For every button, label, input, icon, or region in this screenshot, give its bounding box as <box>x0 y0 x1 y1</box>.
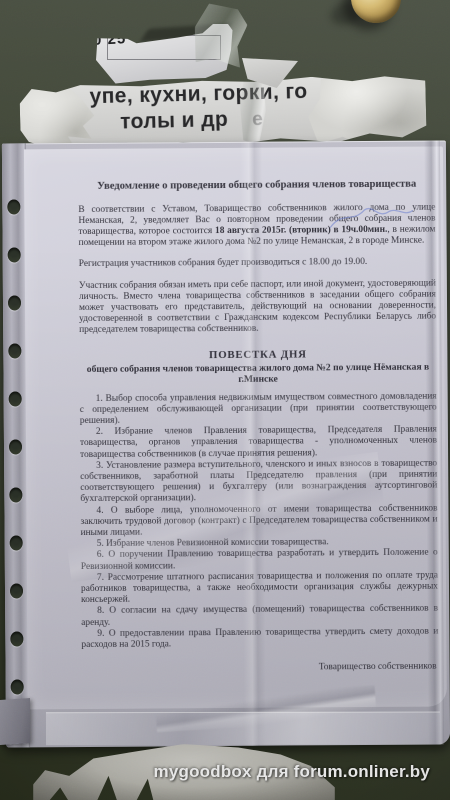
notice-paper: Уведомление о проведении общего собрания… <box>24 146 447 709</box>
torn-edge-right <box>307 66 431 149</box>
watermark: mygoodbox для forum.onliner.by <box>154 762 430 782</box>
agenda-item-8: 8. О согласии на сдачу имущества (помеще… <box>81 604 438 629</box>
agenda-item-4: 4. О выборе лица, уполномоченного от име… <box>80 503 437 539</box>
agenda-heading: ПОВЕСТКА ДНЯ <box>79 347 436 362</box>
binder-hole <box>8 295 21 310</box>
binder-hole <box>7 199 20 214</box>
agenda-item-2: 2. Избрание членов Правления товариществ… <box>80 425 437 461</box>
photo-of-notice-on-door: 0 25 упе, кухни, горки, го толы и др е <box>0 0 450 800</box>
binder-hole <box>8 343 21 358</box>
door-knob <box>351 0 401 23</box>
agenda-item-7: 7. Рассмотрение штатного расписания това… <box>81 570 438 606</box>
tape-piece-top <box>191 2 250 68</box>
furniture-ad-strip: упе, кухни, горки, го толы и др е <box>19 74 426 150</box>
binder-hole <box>10 535 23 550</box>
binder-hole <box>9 487 22 502</box>
agenda-item-9: 9. О предоставлении права Правлению това… <box>81 626 438 651</box>
agenda-item-1: 1. Выбор способа управления недвижимым и… <box>80 391 437 427</box>
binder-hole <box>10 631 23 646</box>
binder-hole <box>9 439 22 454</box>
agenda-item-6: 6. О поручении Правлению товарищества ра… <box>81 548 438 573</box>
signature: Товарищество собственников <box>82 662 439 676</box>
tape-piece-bottom <box>46 712 440 746</box>
binder-hole <box>11 679 24 694</box>
ad-text-line-2: толы и др <box>120 108 228 135</box>
binder-hole <box>10 583 23 598</box>
tape-wrinkle <box>239 76 267 145</box>
binder-hole <box>9 391 22 406</box>
participant-paragraph: Участник собрания обязан иметь при себе … <box>79 278 436 337</box>
intro-paragraph: В соответствии с Уставом, Товарищество с… <box>78 202 435 249</box>
notice-title: Уведомление о проведении общего собрания… <box>78 179 435 194</box>
registration-paragraph: Регистрация участников собрания будет пр… <box>79 257 436 271</box>
agenda-subheading: общего собрания членов товарищества жило… <box>79 361 436 386</box>
binder-holes <box>7 199 23 694</box>
meeting-datetime: 18 августа 2015г. (вторник) в 19ч.00мин. <box>215 225 387 236</box>
paper-strip-bottom-left <box>0 698 30 745</box>
agenda-item-3: 3. Установление размера вступительного, … <box>80 458 437 505</box>
binder-hole <box>8 247 21 262</box>
plastic-sleeve: Уведомление о проведении общего собрания… <box>2 140 450 747</box>
notice-document: Уведомление о проведении общего собрания… <box>78 179 439 709</box>
